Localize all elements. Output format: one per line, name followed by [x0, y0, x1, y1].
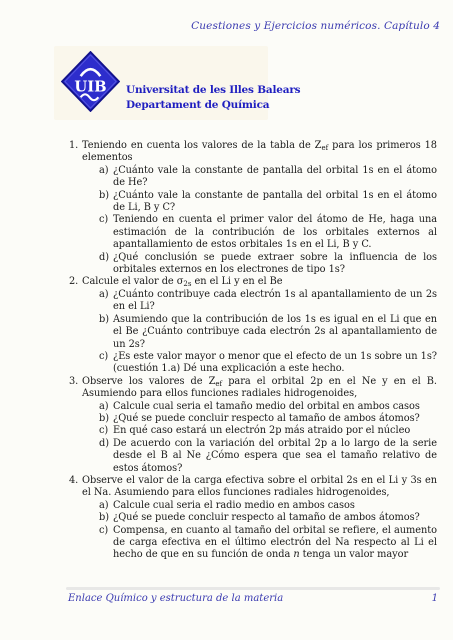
- exercise-item: 3. Observe los valores de Zef para el or…: [69, 376, 437, 475]
- university-logo-block: UIB Universitat de les Illes Balears Dep…: [61, 51, 300, 112]
- exercise-text: Teniendo en cuenta los valores de la tab…: [82, 140, 437, 165]
- uib-logo-acronym: UIB: [74, 78, 106, 95]
- department-name: Departament de Química: [126, 98, 300, 113]
- subitem-letter: d): [99, 438, 113, 475]
- subitem-text: ¿Qué se puede concluir respecto al tamañ…: [113, 512, 437, 524]
- document-page: Cuestiones y Ejercicios numéricos. Capít…: [0, 0, 453, 640]
- footer-course-title: Enlace Químico y estructura de la materi…: [68, 593, 283, 604]
- exercise-subitem: b) Asumiendo que la contribución de los …: [99, 314, 437, 351]
- exercise-subitem: a) Calcule cual seria el radio medio en …: [99, 500, 437, 512]
- exercise-subitem: a) ¿Cuánto contribuye cada electrón 1s a…: [99, 289, 437, 314]
- exercise-text: Observe el valor de la carga efectiva so…: [82, 475, 437, 500]
- subitem-letter: a): [99, 165, 113, 190]
- subitem-text: En qué caso estará un electrón 2p más at…: [113, 425, 437, 437]
- exercise-subitem: d) De acuerdo con la variación del orbit…: [99, 438, 437, 475]
- subitem-letter: b): [99, 190, 113, 215]
- subitem-text: De acuerdo con la variación del orbital …: [113, 438, 437, 475]
- exercise-item: 4. Observe el valor de la carga efectiva…: [69, 475, 437, 562]
- exercise-number: 2.: [69, 276, 82, 375]
- exercise-subitems: a) ¿Cuánto vale la constante de pantalla…: [82, 165, 437, 277]
- uib-logo-icon: UIB: [61, 51, 120, 112]
- exercise-text: Calcule el valor de σ2s en el Li y en el…: [82, 276, 437, 288]
- subitem-text: ¿Cuánto contribuye cada electrón 1s al a…: [113, 289, 437, 314]
- page-header-title: Cuestiones y Ejercicios numéricos. Capít…: [191, 20, 440, 32]
- subitem-letter: c): [99, 425, 113, 437]
- subitem-letter: b): [99, 314, 113, 351]
- exercise-subitems: a) ¿Cuánto contribuye cada electrón 1s a…: [82, 289, 437, 376]
- exercise-subitem: d) ¿Qué conclusión se puede extraer sobr…: [99, 252, 437, 277]
- subitem-text: ¿Es este valor mayor o menor que el efec…: [113, 351, 437, 376]
- subitem-text: ¿Cuánto vale la constante de pantalla de…: [113, 190, 437, 215]
- subitem-letter: d): [99, 252, 113, 277]
- exercise-subitem: c) En qué caso estará un electrón 2p más…: [99, 425, 437, 437]
- exercise-number: 4.: [69, 475, 82, 562]
- exercise-subitem: b) ¿Qué se puede concluir respecto al ta…: [99, 413, 437, 425]
- university-name-block: Universitat de les Illes Balears Departa…: [126, 83, 300, 112]
- subitem-letter: c): [99, 351, 113, 376]
- subitem-letter: a): [99, 500, 113, 512]
- page-number: 1: [432, 593, 438, 604]
- subitem-text: Asumiendo que la contribución de los 1s …: [113, 314, 437, 351]
- exercise-subitems: a) Calcule cual seria el radio medio en …: [82, 500, 437, 562]
- subitem-text: ¿Cuánto vale la constante de pantalla de…: [113, 165, 437, 190]
- footer-rule: [66, 587, 440, 590]
- subitem-letter: a): [99, 401, 113, 413]
- exercise-subitems: a) Calcule cual seria el tamaño medio de…: [82, 401, 437, 475]
- exercise-subitem: c) ¿Es este valor mayor o menor que el e…: [99, 351, 437, 376]
- university-name: Universitat de les Illes Balears: [126, 83, 300, 98]
- subitem-text: Calcule cual seria el tamaño medio del o…: [113, 401, 437, 413]
- exercise-subitem: b) ¿Qué se puede concluir respecto al ta…: [99, 512, 437, 524]
- exercise-subitem: c) Compensa, en cuanto al tamaño del orb…: [99, 525, 437, 562]
- exercise-subitem: b) ¿Cuánto vale la constante de pantalla…: [99, 190, 437, 215]
- exercise-item: 2. Calcule el valor de σ2s en el Li y en…: [69, 276, 437, 375]
- exercise-item: 1. Teniendo en cuenta los valores de la …: [69, 140, 437, 276]
- subitem-letter: a): [99, 289, 113, 314]
- exercise-text: Observe los valores de Zef para el orbit…: [82, 376, 437, 401]
- exercise-list: 1. Teniendo en cuenta los valores de la …: [0, 140, 453, 562]
- subitem-letter: b): [99, 512, 113, 524]
- exercise-subitem: a) Calcule cual seria el tamaño medio de…: [99, 401, 437, 413]
- subitem-text: Calcule cual seria el radio medio en amb…: [113, 500, 437, 512]
- subitem-text: Compensa, en cuanto al tamaño del orbita…: [113, 525, 437, 562]
- subitem-text: Teniendo en cuenta el primer valor del á…: [113, 214, 437, 251]
- exercise-number: 1.: [69, 140, 82, 276]
- page-footer: Enlace Químico y estructura de la materi…: [68, 593, 438, 604]
- subitem-letter: c): [99, 525, 113, 562]
- exercise-subitem: a) ¿Cuánto vale la constante de pantalla…: [99, 165, 437, 190]
- subitem-letter: b): [99, 413, 113, 425]
- subitem-letter: c): [99, 214, 113, 251]
- exercise-number: 3.: [69, 376, 82, 475]
- subitem-text: ¿Qué se puede concluir respecto al tamañ…: [113, 413, 437, 425]
- exercise-subitem: c) Teniendo en cuenta el primer valor de…: [99, 214, 437, 251]
- subitem-text: ¿Qué conclusión se puede extraer sobre l…: [113, 252, 437, 277]
